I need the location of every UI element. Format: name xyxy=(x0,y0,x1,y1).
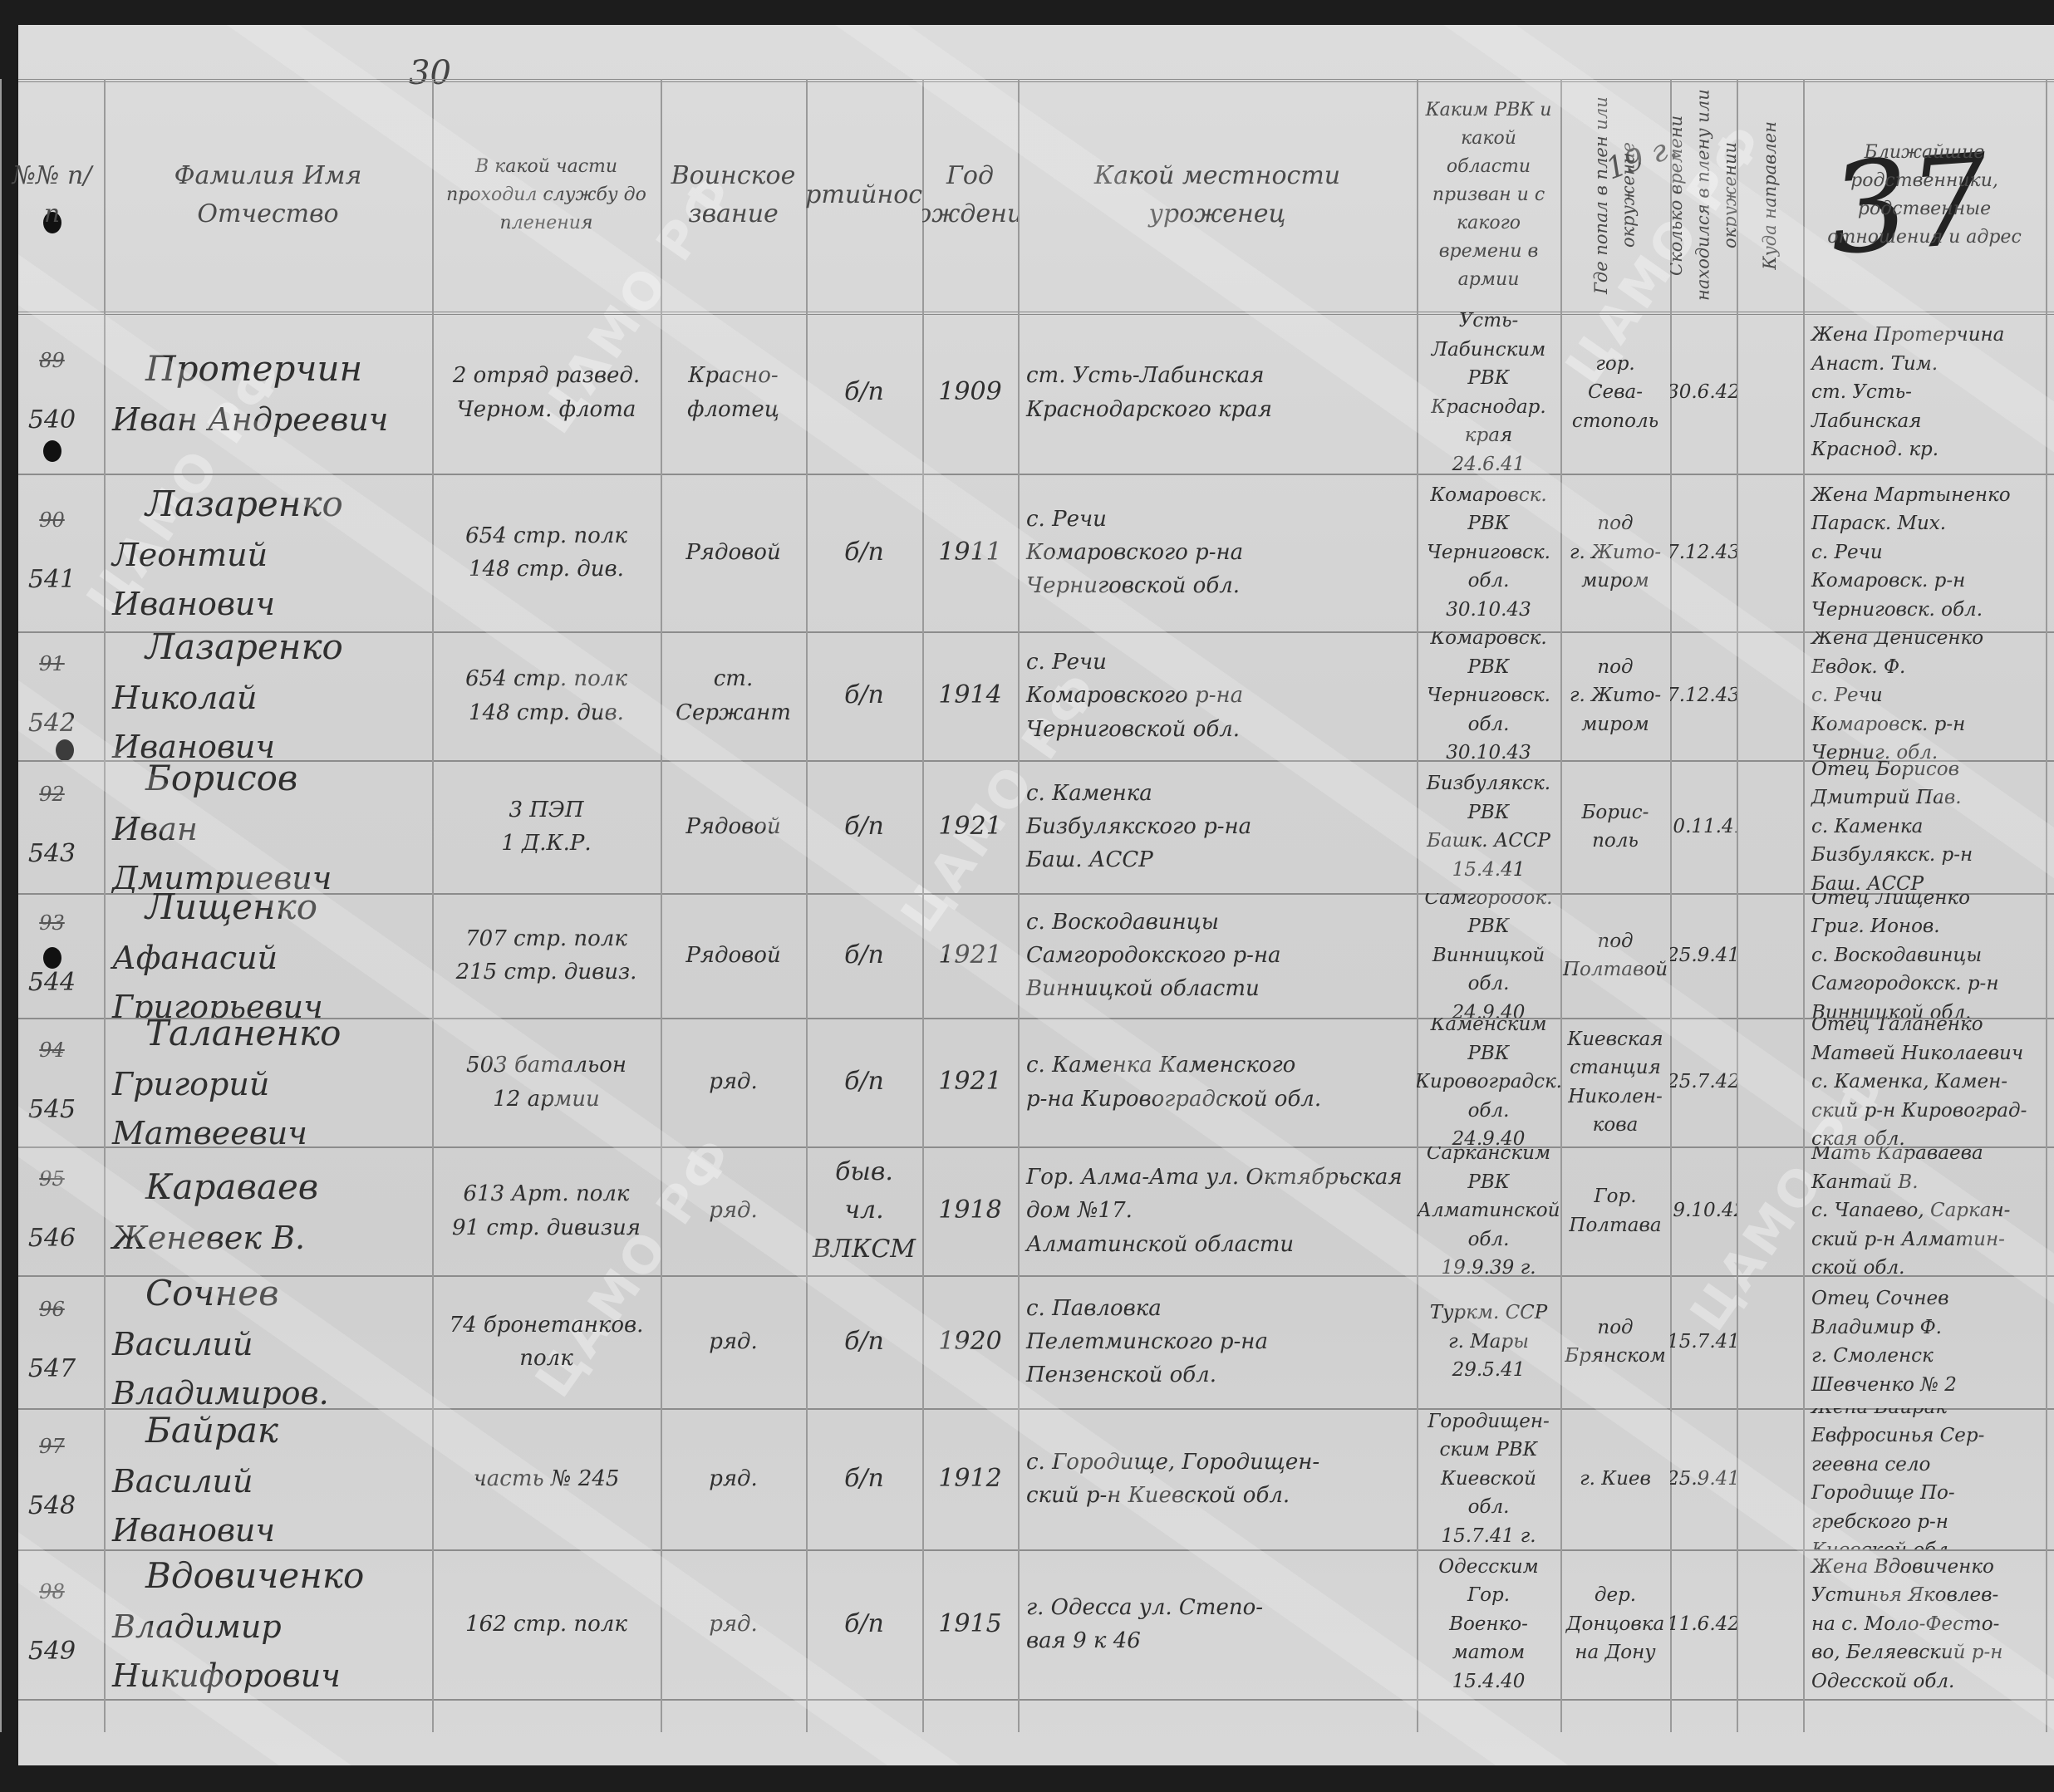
full-name-cell: ПротерчинИван Андреевич xyxy=(104,312,432,474)
old-number: 89 xyxy=(39,346,65,376)
birthplace-cell: Гор. Алма-Ата ул. Октябрьская дом №17. А… xyxy=(1018,1146,1417,1275)
column-header: Каким РВК и какой области призван и с ка… xyxy=(1417,79,1560,312)
given-names: Афанасий Григорьевич xyxy=(112,934,424,1018)
missing-date-cell: 25.9.41 xyxy=(1670,893,1737,1018)
draft-office-cell: Городищен- ским РВК Киевской обл. 15.7.4… xyxy=(1417,1408,1560,1549)
draft-office-cell: Сарканским РВК Алматинской обл. 19.9.39 … xyxy=(1417,1146,1560,1275)
missing-place-cell: под г. Жито- миром xyxy=(1560,631,1670,760)
row-number: 547 xyxy=(28,1350,76,1389)
surname: Протерчин xyxy=(112,341,424,395)
old-number: 94 xyxy=(39,1035,65,1066)
rank-cell: ряд. xyxy=(661,1275,806,1408)
row-number: 540 xyxy=(28,401,76,440)
given-names: Василий Иванович xyxy=(112,1457,424,1549)
given-names: Владимир Никифорович xyxy=(112,1603,424,1699)
rank-cell: ст. Сержант xyxy=(661,631,806,760)
draft-office-cell: Самгородок. РВК Винницкой обл. 24.9.40 xyxy=(1417,893,1560,1018)
unit-cell: 654 стр. полк 148 стр. див. xyxy=(432,631,661,760)
relatives-cell: Отец Таланенко Матвей Николаевич с. Каме… xyxy=(1803,1018,2046,1146)
birthplace-cell: с. Городище, Городищен- ский р-н Киевско… xyxy=(1018,1408,1417,1549)
draft-office-cell: Усть- Лабинским РВК Краснодар. края 24.6… xyxy=(1417,312,1560,474)
draft-office-cell: Комаровск. РВК Черниговск. обл. 30.10.43 xyxy=(1417,631,1560,760)
party-cell: б/п xyxy=(806,1408,922,1549)
archive-document-sheet: ЦАМО РФ ЦАМО РФ ЦАМО РФ ЦАМО РФ ЦАМО РФ … xyxy=(18,25,2054,1765)
birthplace-cell: с. Речи Комаровского р-на Черниговской о… xyxy=(1018,631,1417,760)
birthplace-cell: с. Воскодавинцы Самгородокского р-на Вин… xyxy=(1018,893,1417,1018)
rank-cell: ряд. xyxy=(661,1018,806,1146)
old-number: 92 xyxy=(39,779,65,810)
missing-date-cell: 7.12.43 xyxy=(1670,631,1737,760)
row-number: 541 xyxy=(28,561,76,600)
row-number: 549 xyxy=(28,1632,76,1672)
unit-cell: 654 стр. полк 148 стр. див. xyxy=(432,474,661,631)
full-name-cell: ВдовиченкоВладимир Никифорович xyxy=(104,1549,432,1699)
row-number-cell: 91542 xyxy=(0,631,104,760)
surname: Лищенко xyxy=(112,893,424,934)
party-cell: б/п xyxy=(806,312,922,474)
old-number: 96 xyxy=(39,1294,65,1325)
given-names: Григорий Матвеевич xyxy=(112,1060,424,1146)
birth-year-cell: 1921 xyxy=(922,893,1018,1018)
surname: Вдовиченко xyxy=(112,1549,424,1603)
row-number-cell: 94545 xyxy=(0,1018,104,1146)
missing-place-cell: Борис- поль xyxy=(1560,760,1670,893)
missing-date-cell: 25.9.41 xyxy=(1670,1408,1737,1549)
missing-date-cell: 25.7.42 xyxy=(1670,1018,1737,1146)
unit-cell: 162 стр. полк xyxy=(432,1549,661,1699)
given-names: Иван Дмитриевич xyxy=(112,805,424,893)
missing-place-cell: под Полтавой xyxy=(1560,893,1670,1018)
missing-date-cell: 7.12.43 xyxy=(1670,474,1737,631)
column-divider xyxy=(1737,79,1738,1732)
old-number: 90 xyxy=(39,505,65,536)
birth-year-cell: 1918 xyxy=(922,1146,1018,1275)
row-divider xyxy=(18,1699,2054,1701)
surname: Сочнев xyxy=(112,1275,424,1320)
rank-cell: Рядовой xyxy=(661,893,806,1018)
relatives-cell: Отец Сочнев Владимир Ф. г. Смоленск Шевч… xyxy=(1803,1275,2046,1408)
draft-office-cell: Бизбулякск. РВК Башк. АССР 15.4.41 xyxy=(1417,760,1560,893)
missing-date-cell: 30.6.42 xyxy=(1670,312,1737,474)
draft-office-cell: Одесским Гор. Военко- матом 15.4.40 xyxy=(1417,1549,1560,1699)
draft-office-cell: Туркм. ССР г. Мары 29.5.41 xyxy=(1417,1275,1560,1408)
relatives-cell: Жена Байрак Евфросинья Сер- геевна село … xyxy=(1803,1408,2046,1549)
birth-year-cell: 1911 xyxy=(922,474,1018,631)
unit-cell: часть № 245 xyxy=(432,1408,661,1549)
birthplace-cell: с. Каменка Каменского р-на Кировоградско… xyxy=(1018,1018,1417,1146)
birth-year-cell: 1909 xyxy=(922,312,1018,474)
party-cell: б/п xyxy=(806,1275,922,1408)
column-header: №№ п/п xyxy=(0,79,104,312)
given-names: Леонтий Иванович xyxy=(112,531,424,629)
relatives-cell: Отец Борисов Дмитрий Пав. с. Каменка Биз… xyxy=(1803,760,2046,893)
relatives-cell: Отец Лищенко Григ. Ионов. с. Воскодавинц… xyxy=(1803,893,2046,1018)
row-number-cell: 96547 xyxy=(0,1275,104,1408)
unit-cell: 707 стр. полк 215 стр. дивиз. xyxy=(432,893,661,1018)
missing-place-cell: Киевская станция Николен- кова xyxy=(1560,1018,1670,1146)
row-number: 544 xyxy=(28,964,76,1003)
column-header: В какой части проходил службу до пленени… xyxy=(432,79,661,312)
rank-cell: ряд. xyxy=(661,1146,806,1275)
column-header: Воинское звание xyxy=(661,79,806,312)
surname: Байрак xyxy=(112,1408,424,1457)
rank-cell: ряд. xyxy=(661,1408,806,1549)
birthplace-cell: ст. Усть-Лабинская Краснодарского края xyxy=(1018,312,1417,474)
row-number-cell: 90541 xyxy=(0,474,104,631)
draft-office-cell: Комаровск. РВК Черниговск. обл. 30.10.43 xyxy=(1417,474,1560,631)
relatives-cell: Жена Протерчина Анаст. Тим. ст. Усть- Ла… xyxy=(1803,312,2046,474)
given-names: Николай Иванович xyxy=(112,674,424,760)
party-cell: б/п xyxy=(806,760,922,893)
column-header: Ближайшие родственники, родственные отно… xyxy=(1803,79,2046,312)
row-number: 548 xyxy=(28,1487,76,1526)
full-name-cell: ЛазаренкоЛеонтий Иванович xyxy=(104,474,432,631)
party-cell: б/п xyxy=(806,474,922,631)
row-number-cell: 95546 xyxy=(0,1146,104,1275)
row-number: 545 xyxy=(28,1091,76,1130)
party-cell: б/п xyxy=(806,893,922,1018)
given-names: Василий Владимиров. xyxy=(112,1320,424,1408)
birthplace-cell: с. Павловка Пелетминского р-на Пензенско… xyxy=(1018,1275,1417,1408)
row-number-cell: 93544 xyxy=(0,893,104,1018)
missing-place-cell: дер. Донцовка на Дону xyxy=(1560,1549,1670,1699)
given-names: Иван Андреевич xyxy=(112,395,424,444)
row-number-cell: 98549 xyxy=(0,1549,104,1699)
old-number: 91 xyxy=(39,649,65,680)
row-number-cell: 89540 xyxy=(0,312,104,474)
surname: Лазаренко xyxy=(112,477,424,531)
party-cell: б/п xyxy=(806,1549,922,1699)
old-number: 93 xyxy=(39,908,65,939)
birthplace-cell: с. Речи Комаровского р-на Черниговской о… xyxy=(1018,474,1417,631)
surname: Лазаренко xyxy=(112,631,424,674)
column-header: Фамилия Имя Отчество xyxy=(104,79,432,312)
full-name-cell: СочневВасилий Владимиров. xyxy=(104,1275,432,1408)
missing-place-cell: гор. Сева- стополь xyxy=(1560,312,1670,474)
birthplace-cell: с. Каменка Бизбулякского р-на Баш. АССР xyxy=(1018,760,1417,893)
full-name-cell: БайракВасилий Иванович xyxy=(104,1408,432,1549)
unit-cell: 74 бронетанков. полк xyxy=(432,1275,661,1408)
birth-year-cell: 1921 xyxy=(922,1018,1018,1146)
given-names: Женевек В. xyxy=(112,1214,424,1263)
full-name-cell: ТаланенкоГригорий Матвеевич xyxy=(104,1018,432,1146)
birth-year-cell: 1921 xyxy=(922,760,1018,893)
row-number: 546 xyxy=(28,1220,76,1259)
column-header-label: Куда направлен xyxy=(1757,121,1784,270)
draft-office-cell: Каменским РВК Кировоградск. обл. 24.9.40 xyxy=(1417,1018,1560,1146)
surname: Таланенко xyxy=(112,1018,424,1060)
birthplace-cell: г. Одесса ул. Степо- вая 9 к 46 xyxy=(1018,1549,1417,1699)
row-number: 542 xyxy=(28,705,76,744)
column-header-label: Сколько времени находился в плену или ок… xyxy=(1670,84,1737,307)
row-number-cell: 92543 xyxy=(0,760,104,893)
birth-year-cell: 1912 xyxy=(922,1408,1018,1549)
missing-date-cell: 11.6.42 xyxy=(1670,1549,1737,1699)
missing-place-cell: г. Киев xyxy=(1560,1408,1670,1549)
column-header: Год рождения xyxy=(922,79,1018,312)
birth-year-cell: 1914 xyxy=(922,631,1018,760)
party-cell: б/п xyxy=(806,1018,922,1146)
old-number: 95 xyxy=(39,1164,65,1195)
unit-cell: 2 отряд развед. Черном. флота xyxy=(432,312,661,474)
full-name-cell: БорисовИван Дмитриевич xyxy=(104,760,432,893)
old-number: 98 xyxy=(39,1577,65,1608)
relatives-cell: Жена Вдовиченко Устинья Яковлев- на с. М… xyxy=(1803,1549,2046,1699)
full-name-cell: ЛазаренкоНиколай Иванович xyxy=(104,631,432,760)
party-cell: б/п xyxy=(806,631,922,760)
rank-cell: Красно- флотец xyxy=(661,312,806,474)
rank-cell: Рядовой xyxy=(661,474,806,631)
unit-cell: 3 ПЭП 1 Д.К.Р. xyxy=(432,760,661,893)
relatives-cell: Мать Караваева Кантай В. с. Чапаево, Сар… xyxy=(1803,1146,2046,1275)
full-name-cell: КаравaевЖеневек В. xyxy=(104,1146,432,1275)
old-number: 97 xyxy=(39,1431,65,1462)
column-header: Сколько времени находился в плену или ок… xyxy=(1670,79,1737,312)
column-header: Где попал в плен или окружение xyxy=(1560,79,1670,312)
surname: Каравaев xyxy=(112,1160,424,1214)
column-header: Какой местности уроженец xyxy=(1018,79,1417,312)
column-header-label: Где попал в плен или окружение xyxy=(1588,84,1642,307)
unit-cell: 613 Арт. полк 91 стр. дивизия xyxy=(432,1146,661,1275)
missing-place-cell: под Брянском xyxy=(1560,1275,1670,1408)
surname: Борисов xyxy=(112,760,424,805)
birth-year-cell: 1920 xyxy=(922,1275,1018,1408)
missing-place-cell: под г. Жито- миром xyxy=(1560,474,1670,631)
row-number-cell: 97548 xyxy=(0,1408,104,1549)
unit-cell: 503 батальон 12 армии xyxy=(432,1018,661,1146)
missing-date-cell: 10.11.41 xyxy=(1670,760,1737,893)
missing-date-cell: 15.7.41 xyxy=(1670,1275,1737,1408)
column-header: Куда направлен xyxy=(1737,79,1803,312)
party-cell: быв. чл. ВЛКСМ xyxy=(806,1146,922,1275)
relatives-cell: Жена Мартыненко Параск. Мих. с. Речи Ком… xyxy=(1803,474,2046,631)
column-header: Партийность xyxy=(806,79,922,312)
relatives-cell: Жена Денисенко Евдок. Ф. с. Речи Комаров… xyxy=(1803,631,2046,760)
column-divider xyxy=(2046,79,2047,1732)
full-name-cell: ЛищенкоАфанасий Григорьевич xyxy=(104,893,432,1018)
missing-place-cell: Гор. Полтава xyxy=(1560,1146,1670,1275)
rank-cell: Рядовой xyxy=(661,760,806,893)
birth-year-cell: 1915 xyxy=(922,1549,1018,1699)
rank-cell: ряд. xyxy=(661,1549,806,1699)
row-number: 543 xyxy=(28,835,76,874)
missing-date-cell: 19.10.42 xyxy=(1670,1146,1737,1275)
